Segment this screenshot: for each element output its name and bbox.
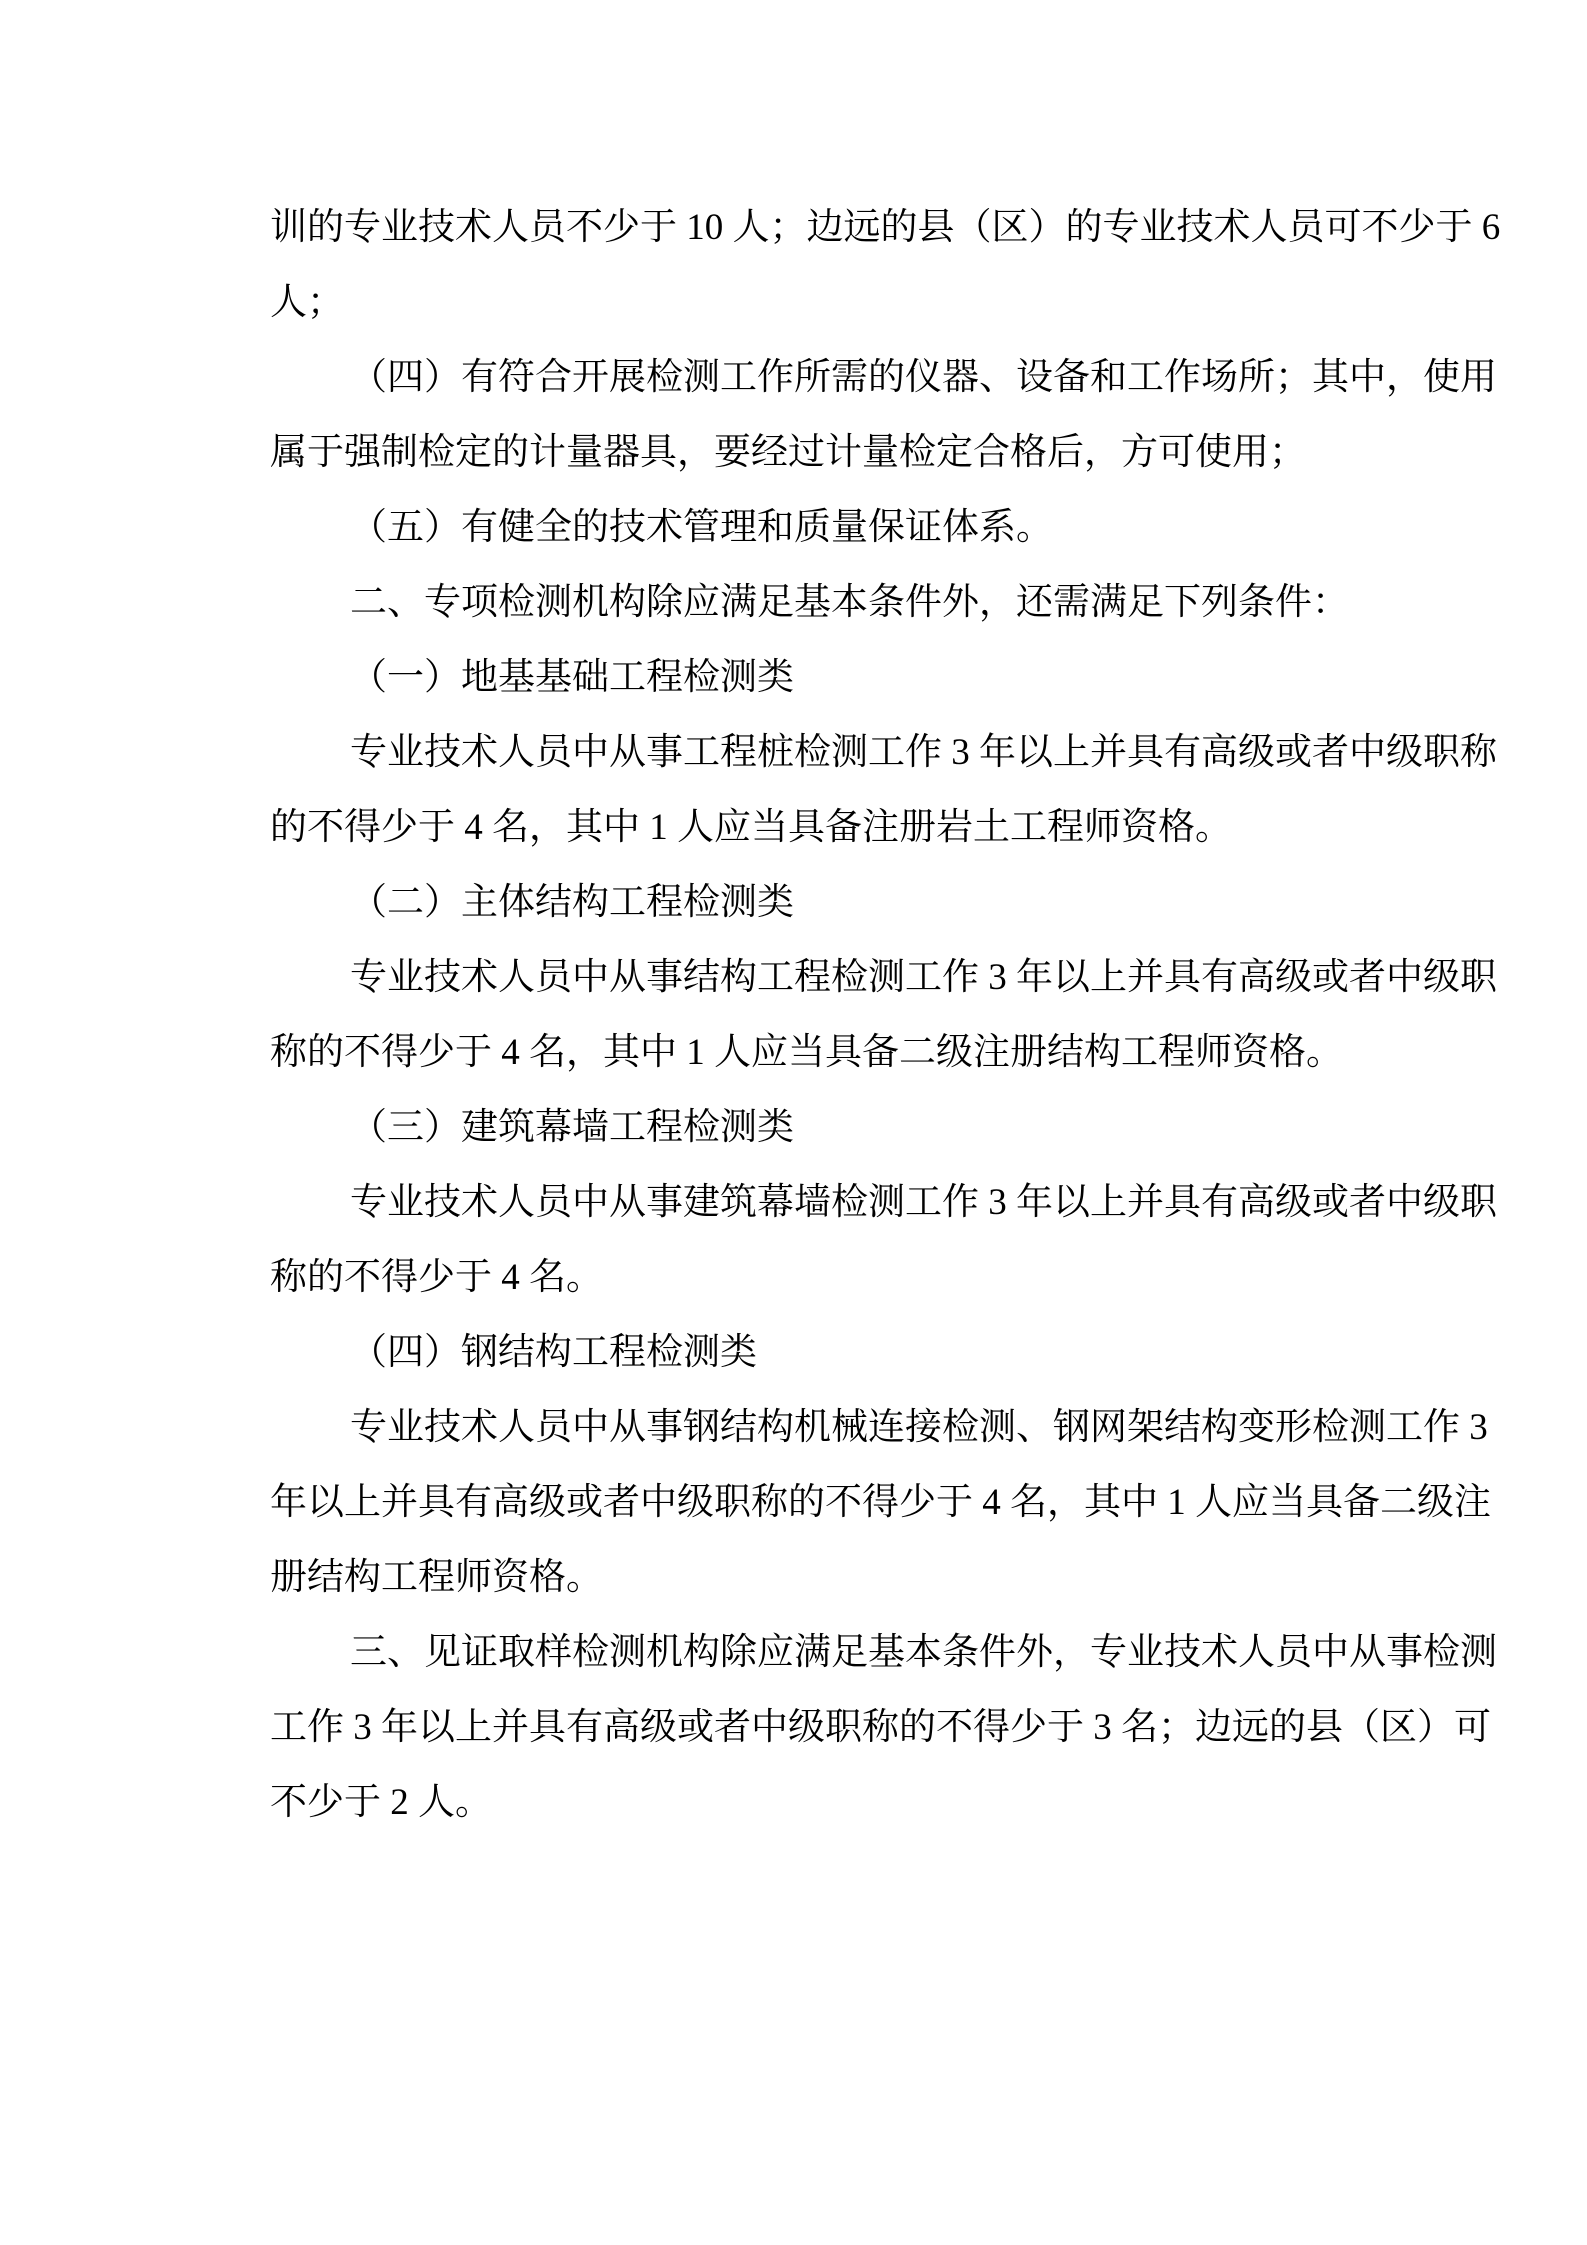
- text-line: （四）钢结构工程检测类: [270, 1328, 1320, 1403]
- paragraph-main-structure-requirements: 专业技术人员中从事结构工程检测工作 3 年以上并具有高级或者中级职 称的不得少于…: [270, 953, 1320, 1103]
- document-body: 训的专业技术人员不少于 10 人；边远的县（区）的专业技术人员可不少于 6 人；…: [270, 203, 1320, 1853]
- text-line: 年以上并具有高级或者中级职称的不得少于 4 名，其中 1 人应当具备二级注: [270, 1478, 1320, 1553]
- text-line: （四）有符合开展检测工作所需的仪器、设备和工作场所；其中，使用: [270, 353, 1320, 428]
- text-line: 称的不得少于 4 名。: [270, 1253, 1320, 1328]
- section-heading-2-special-testing: 二、专项检测机构除应满足基本条件外，还需满足下列条件：: [270, 578, 1320, 653]
- document-page: 训的专业技术人员不少于 10 人；边远的县（区）的专业技术人员可不少于 6 人；…: [0, 0, 1587, 2245]
- text-line: 专业技术人员中从事钢结构机械连接检测、钢网架结构变形检测工作 3: [270, 1403, 1320, 1478]
- text-line: 二、专项检测机构除应满足基本条件外，还需满足下列条件：: [270, 578, 1320, 653]
- paragraph-continuation: 训的专业技术人员不少于 10 人；边远的县（区）的专业技术人员可不少于 6 人；: [270, 203, 1320, 353]
- text-line: 的不得少于 4 名，其中 1 人应当具备注册岩土工程师资格。: [270, 803, 1320, 878]
- paragraph-foundation-requirements: 专业技术人员中从事工程桩检测工作 3 年以上并具有高级或者中级职称 的不得少于 …: [270, 728, 1320, 878]
- text-line: 属于强制检定的计量器具，要经过计量检定合格后，方可使用；: [270, 428, 1320, 503]
- paragraph-steel-structure-requirements: 专业技术人员中从事钢结构机械连接检测、钢网架结构变形检测工作 3 年以上并具有高…: [270, 1403, 1320, 1628]
- subsection-heading-main-structure: （二）主体结构工程检测类: [270, 878, 1320, 953]
- text-line: 训的专业技术人员不少于 10 人；边远的县（区）的专业技术人员可不少于 6: [270, 203, 1320, 278]
- text-line: 三、见证取样检测机构除应满足基本条件外，专业技术人员中从事检测: [270, 1628, 1320, 1703]
- text-line: 专业技术人员中从事建筑幕墙检测工作 3 年以上并具有高级或者中级职: [270, 1178, 1320, 1253]
- text-line: 工作 3 年以上并具有高级或者中级职称的不得少于 3 名；边远的县（区）可: [270, 1703, 1320, 1778]
- text-line: 称的不得少于 4 名，其中 1 人应当具备二级注册结构工程师资格。: [270, 1028, 1320, 1103]
- paragraph-item-4-equipment: （四）有符合开展检测工作所需的仪器、设备和工作场所；其中，使用 属于强制检定的计…: [270, 353, 1320, 503]
- text-line: （五）有健全的技术管理和质量保证体系。: [270, 503, 1320, 578]
- subsection-heading-curtain-wall: （三）建筑幕墙工程检测类: [270, 1103, 1320, 1178]
- subsection-heading-steel-structure: （四）钢结构工程检测类: [270, 1328, 1320, 1403]
- subsection-heading-foundation: （一）地基基础工程检测类: [270, 653, 1320, 728]
- text-line: 不少于 2 人。: [270, 1778, 1320, 1853]
- text-line: （三）建筑幕墙工程检测类: [270, 1103, 1320, 1178]
- paragraph-item-5-quality-system: （五）有健全的技术管理和质量保证体系。: [270, 503, 1320, 578]
- text-line: 册结构工程师资格。: [270, 1553, 1320, 1628]
- text-line: 专业技术人员中从事结构工程检测工作 3 年以上并具有高级或者中级职: [270, 953, 1320, 1028]
- paragraph-curtain-wall-requirements: 专业技术人员中从事建筑幕墙检测工作 3 年以上并具有高级或者中级职 称的不得少于…: [270, 1178, 1320, 1328]
- text-line: （一）地基基础工程检测类: [270, 653, 1320, 728]
- text-line: 人；: [270, 278, 1320, 353]
- section-3-witness-sampling: 三、见证取样检测机构除应满足基本条件外，专业技术人员中从事检测 工作 3 年以上…: [270, 1628, 1320, 1853]
- text-line: 专业技术人员中从事工程桩检测工作 3 年以上并具有高级或者中级职称: [270, 728, 1320, 803]
- text-line: （二）主体结构工程检测类: [270, 878, 1320, 953]
